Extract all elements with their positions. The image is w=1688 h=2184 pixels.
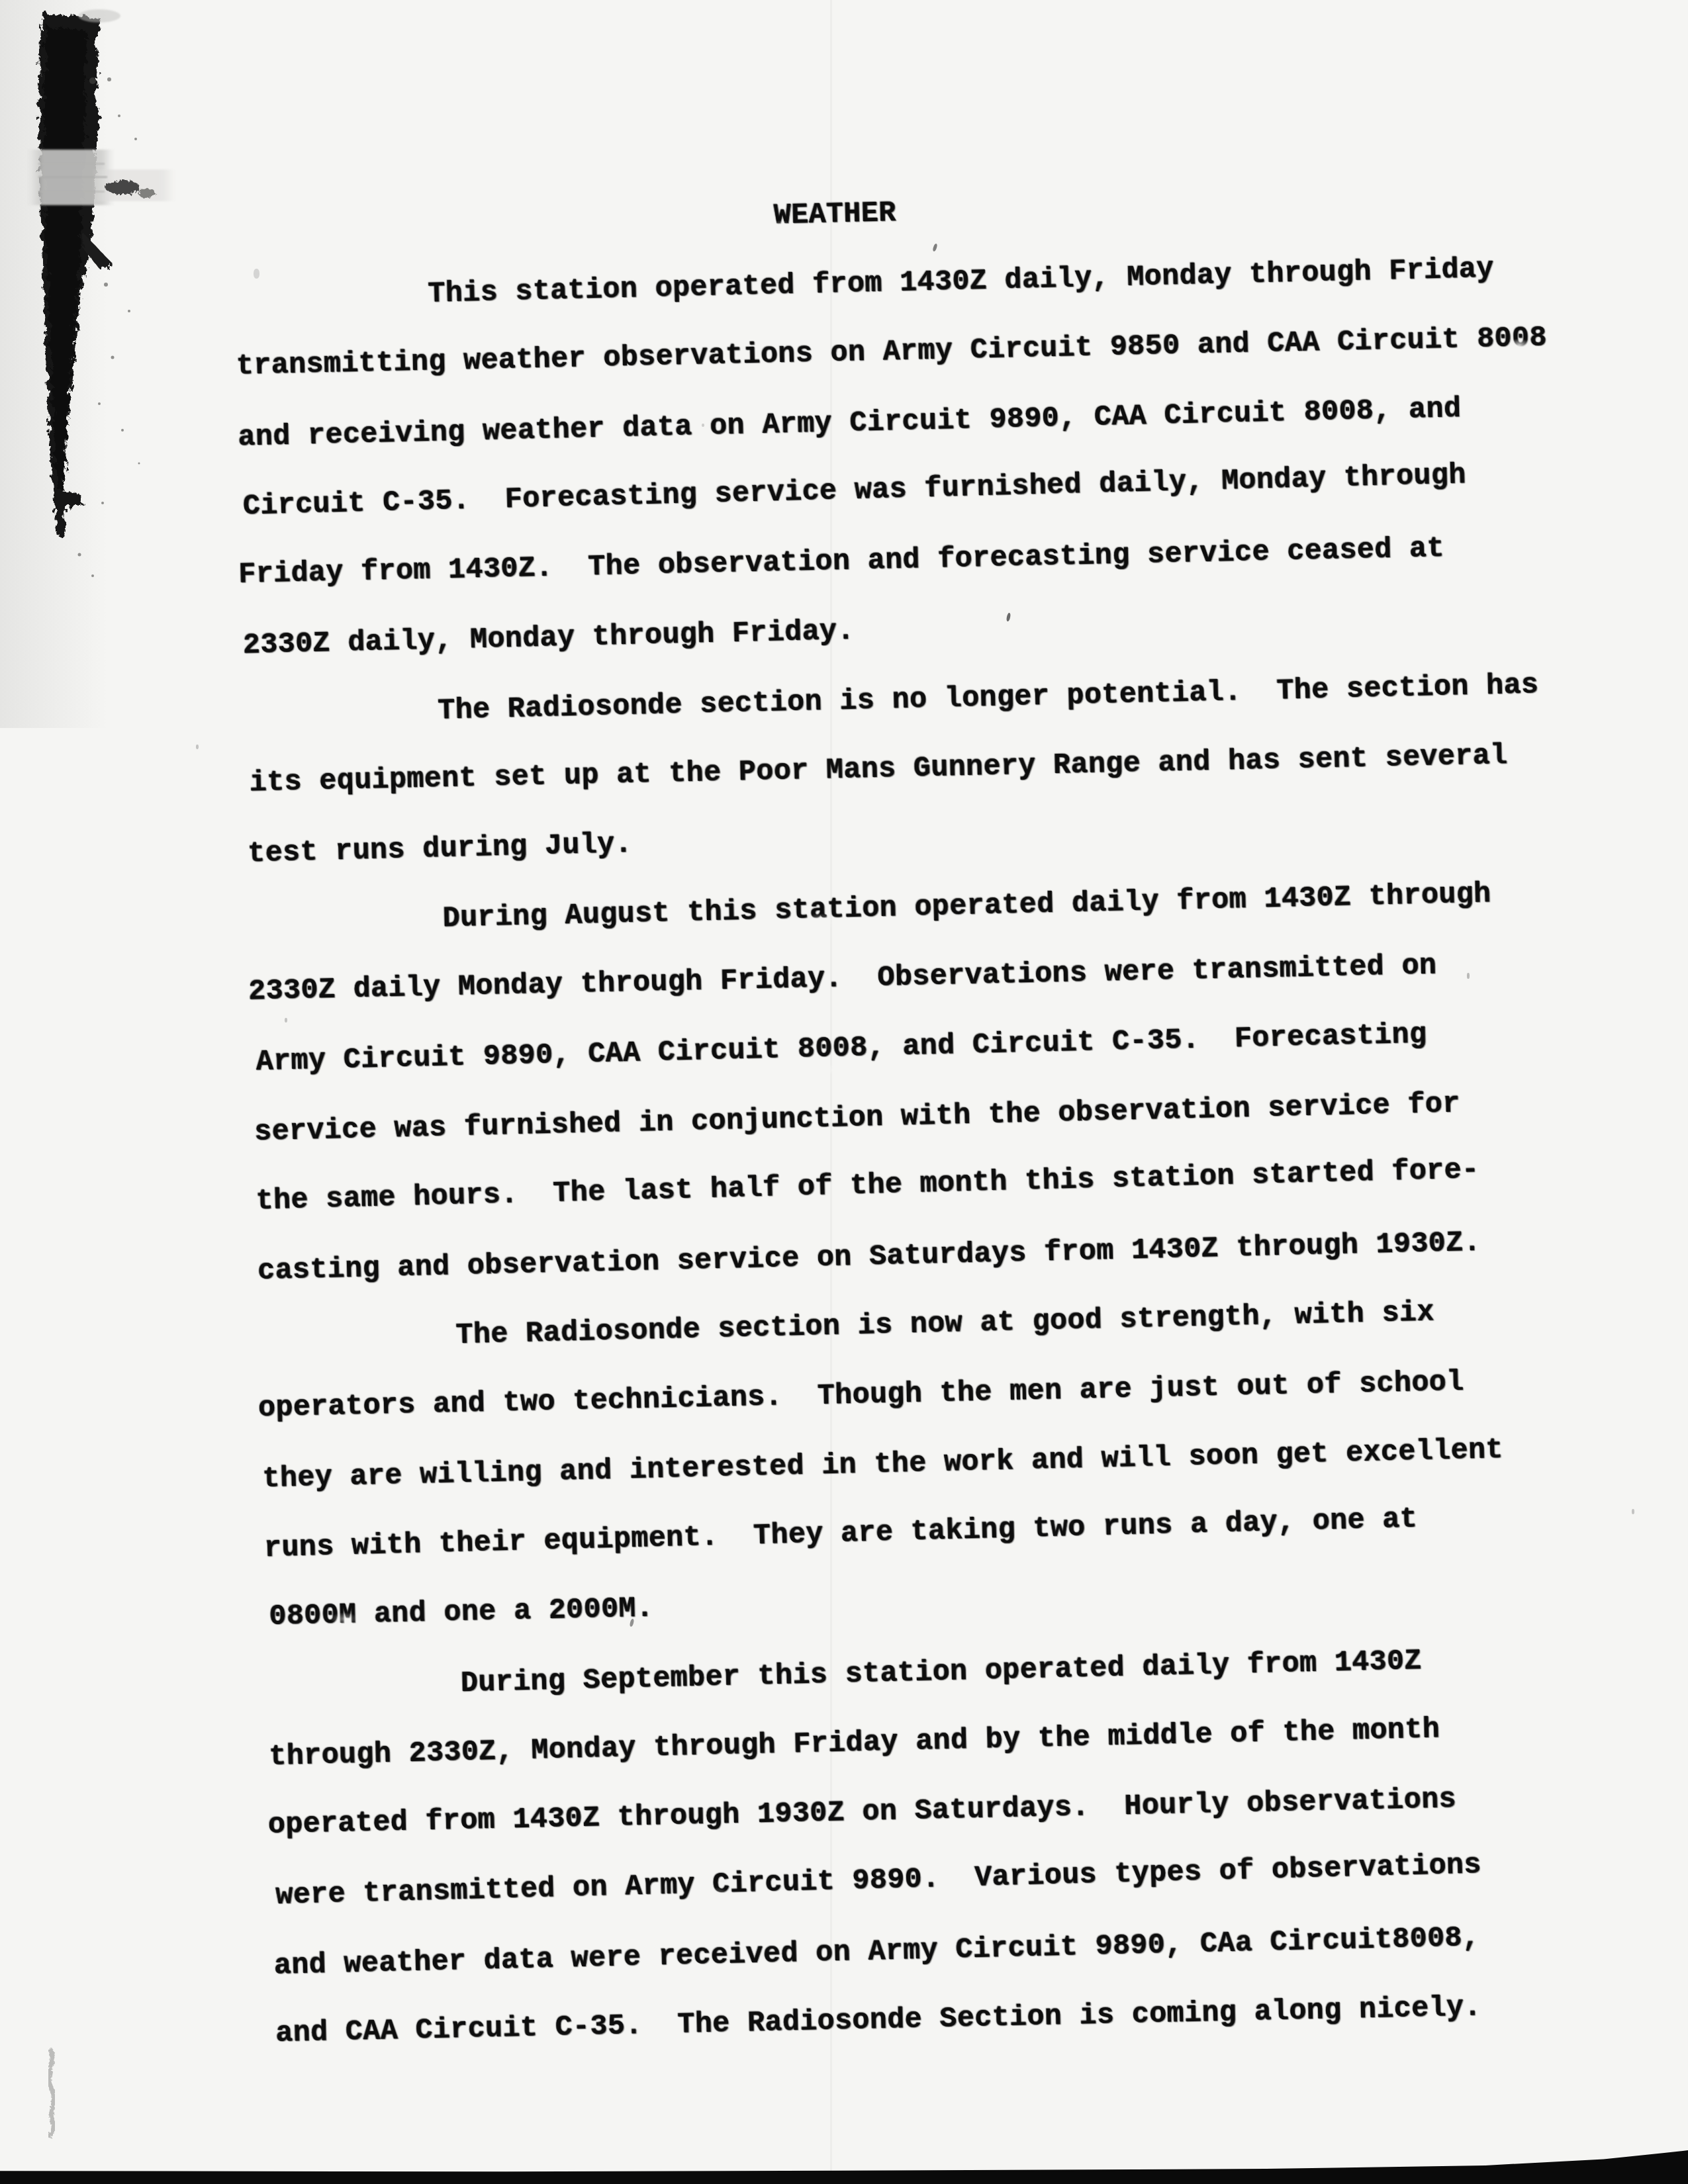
ink-speck xyxy=(1632,1509,1634,1514)
ink-speck xyxy=(702,424,704,427)
corner-squiggle-mark xyxy=(38,2045,78,2144)
scan-binding-artifact xyxy=(0,0,185,596)
ink-speck xyxy=(254,269,259,279)
scanned-page: WEATHER This station operated from 1430Z… xyxy=(0,0,1688,2184)
ink-speck xyxy=(285,1018,287,1023)
ink-speck xyxy=(1467,973,1470,979)
scan-bottom-edge xyxy=(0,2150,1688,2184)
document-body: WEATHER This station operated from 1430Z… xyxy=(232,162,1653,2070)
ink-speck xyxy=(196,745,199,749)
